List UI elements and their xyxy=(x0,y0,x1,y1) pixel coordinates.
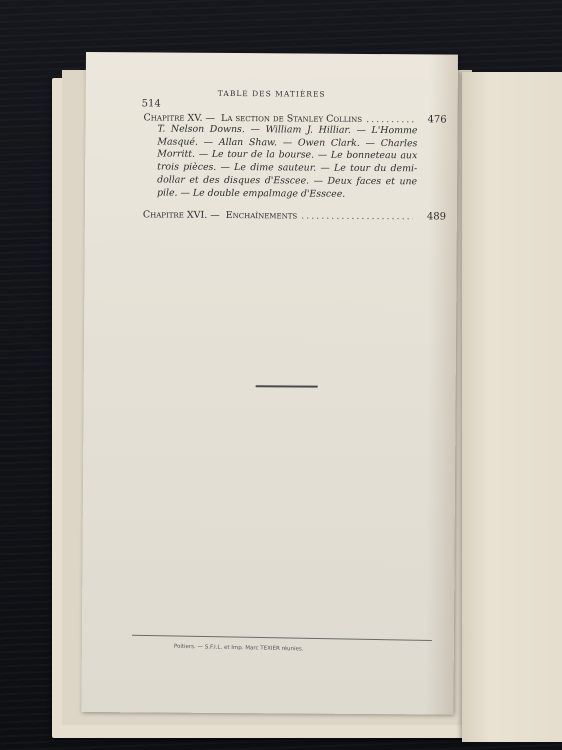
colophon-divider xyxy=(132,635,432,641)
page-number: 514 xyxy=(142,98,161,109)
toc-entry-chapter-xvi: Chapitre XVI. — Enchaînements ..........… xyxy=(143,210,443,223)
chapter-label: Chapitre XV. — xyxy=(144,112,216,123)
chapter-subtopics: T. Nelson Downs. — William J. Hilliar. —… xyxy=(157,124,418,202)
chapter-line: Chapitre XVI. — Enchaînements ..........… xyxy=(143,210,443,223)
table-of-contents: Chapitre XV. — La section de Stanley Col… xyxy=(143,112,444,232)
chapter-page-number: 476 xyxy=(427,114,443,125)
printer-colophon: Poitiers. — S.F.I.L. et Imp. Marc TEXIER… xyxy=(174,644,304,653)
dot-leader: ........................................… xyxy=(301,211,413,223)
toc-entry-chapter-xv: Chapitre XV. — La section de Stanley Col… xyxy=(143,112,444,201)
chapter-page-number: 489 xyxy=(427,212,443,223)
chapter-title: Enchaînements xyxy=(226,210,298,221)
facing-page xyxy=(462,72,562,742)
chapter-label: Chapitre XVI. — xyxy=(143,210,220,222)
book-page: TABLE DES MATIÈRES 514 Chapitre XV. — La… xyxy=(81,52,458,715)
end-ornament-rule xyxy=(256,385,318,387)
dot-leader: .................... xyxy=(366,114,414,125)
